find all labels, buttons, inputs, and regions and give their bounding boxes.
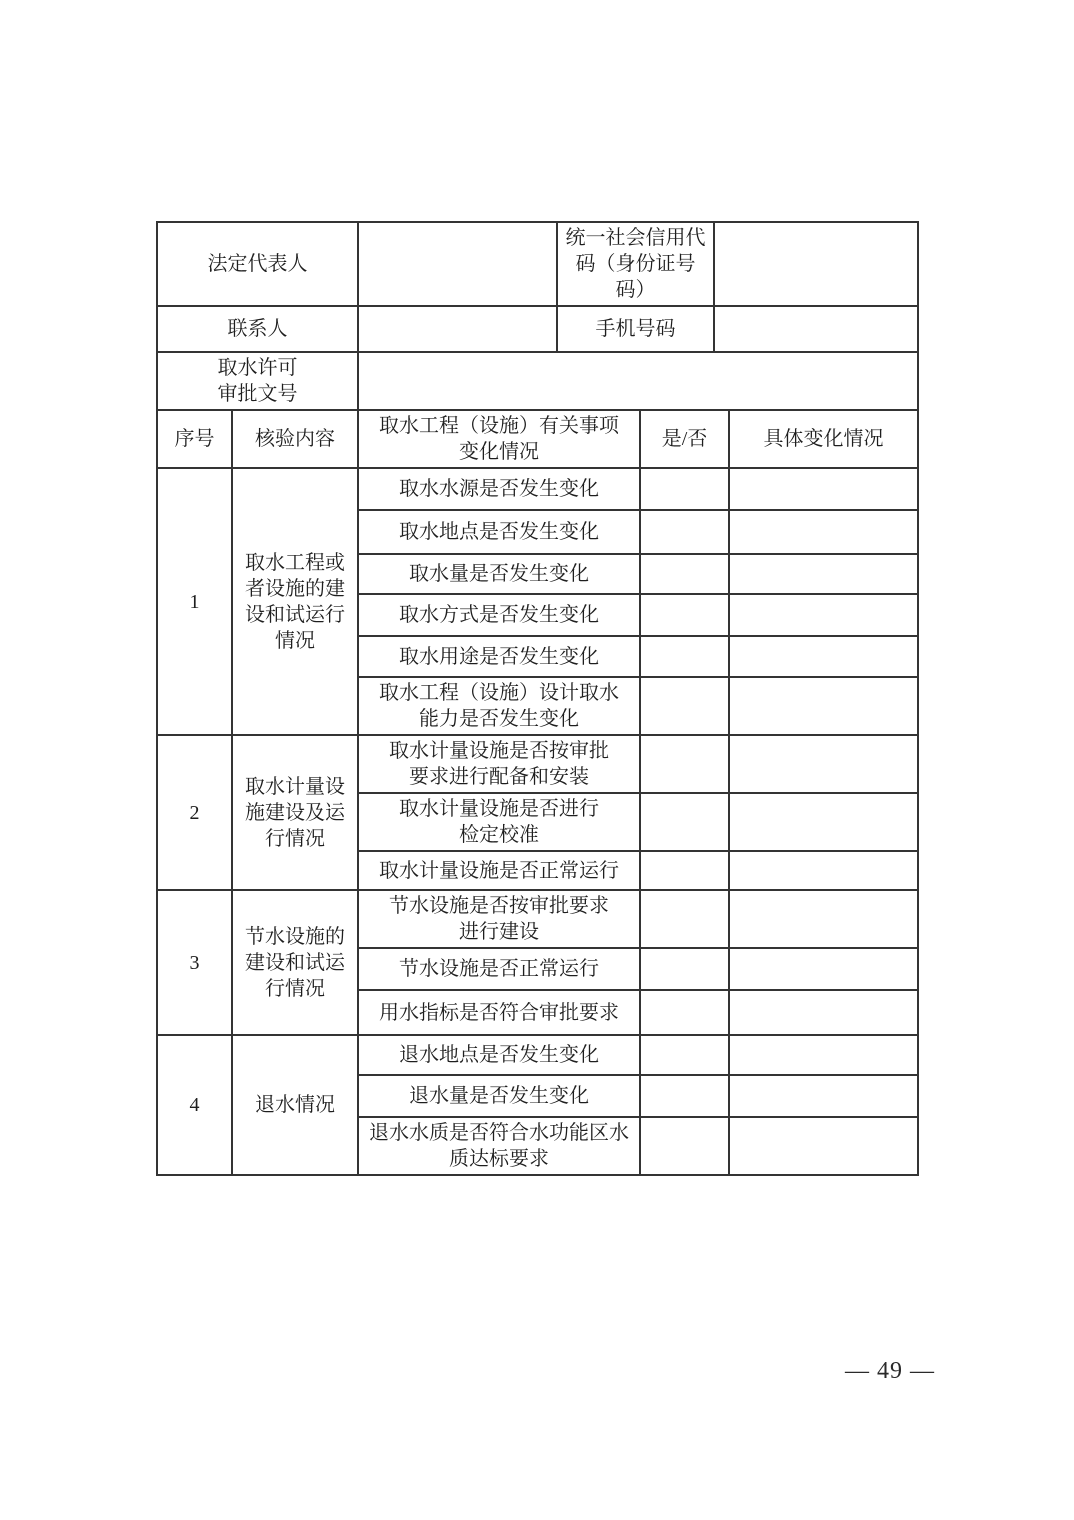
header-item: 取水工程（设施）有关事项 变化情况 [358, 410, 640, 468]
detail-cell [729, 510, 918, 554]
yesno-cell [640, 1035, 729, 1075]
detail-cell [729, 890, 918, 948]
detail-cell [729, 793, 918, 851]
section-3-no: 3 [157, 890, 232, 1035]
header-yesno: 是/否 [640, 410, 729, 468]
detail-cell [729, 677, 918, 735]
detail-cell [729, 1035, 918, 1075]
detail-cell [729, 948, 918, 990]
yesno-cell [640, 1075, 729, 1117]
item-label: 退水水质是否符合水功能区水 质达标要求 [358, 1117, 640, 1175]
yesno-cell [640, 735, 729, 793]
yesno-cell [640, 554, 729, 594]
item-label: 取水工程（设施）设计取水 能力是否发生变化 [358, 677, 640, 735]
item-label: 退水地点是否发生变化 [358, 1035, 640, 1075]
section-2-category: 取水计量设 施建设及运 行情况 [232, 735, 358, 890]
item-label: 用水指标是否符合审批要求 [358, 990, 640, 1035]
yesno-cell [640, 594, 729, 636]
section-1-no: 1 [157, 468, 232, 735]
contact-person-label: 联系人 [157, 306, 358, 352]
section-4-category: 退水情况 [232, 1035, 358, 1175]
section-2-no: 2 [157, 735, 232, 890]
yesno-cell [640, 990, 729, 1035]
detail-cell [729, 1117, 918, 1175]
phone-number-value-cell [714, 306, 918, 352]
item-label: 取水计量设施是否进行 检定校准 [358, 793, 640, 851]
contact-person-value-cell [358, 306, 557, 352]
item-label: 节水设施是否正常运行 [358, 948, 640, 990]
header-category: 核验内容 [232, 410, 358, 468]
yesno-cell [640, 636, 729, 677]
item-label: 取水计量设施是否正常运行 [358, 851, 640, 890]
item-label: 节水设施是否按审批要求 进行建设 [358, 890, 640, 948]
phone-number-label: 手机号码 [557, 306, 714, 352]
legal-representative-label: 法定代表人 [157, 222, 358, 306]
header-detail: 具体变化情况 [729, 410, 918, 468]
detail-cell [729, 468, 918, 510]
yesno-cell [640, 890, 729, 948]
legal-representative-value-cell [358, 222, 557, 306]
header-no: 序号 [157, 410, 232, 468]
section-1-category: 取水工程或 者设施的建 设和试运行 情况 [232, 468, 358, 735]
item-label: 取水计量设施是否按审批 要求进行配备和安装 [358, 735, 640, 793]
yesno-cell [640, 677, 729, 735]
detail-cell [729, 851, 918, 890]
detail-cell [729, 594, 918, 636]
credit-code-label: 统一社会信用代 码（身份证号码） [557, 222, 714, 306]
page-number: — 49 — [790, 1358, 990, 1385]
permit-approval-number-label: 取水许可 审批文号 [157, 352, 358, 410]
water-intake-verification-table: 法定代表人 统一社会信用代 码（身份证号码） 联系人 手机号码 取水许可 审批文… [156, 221, 919, 1176]
yesno-cell [640, 851, 729, 890]
detail-cell [729, 554, 918, 594]
item-label: 取水地点是否发生变化 [358, 510, 640, 554]
item-label: 退水量是否发生变化 [358, 1075, 640, 1117]
yesno-cell [640, 510, 729, 554]
detail-cell [729, 990, 918, 1035]
item-label: 取水方式是否发生变化 [358, 594, 640, 636]
yesno-cell [640, 793, 729, 851]
yesno-cell [640, 1117, 729, 1175]
detail-cell [729, 1075, 918, 1117]
detail-cell [729, 735, 918, 793]
item-label: 取水水源是否发生变化 [358, 468, 640, 510]
detail-cell [729, 636, 918, 677]
document-page: 法定代表人 统一社会信用代 码（身份证号码） 联系人 手机号码 取水许可 审批文… [0, 0, 1074, 1520]
yesno-cell [640, 948, 729, 990]
item-label: 取水量是否发生变化 [358, 554, 640, 594]
credit-code-value-cell [714, 222, 918, 306]
section-3-category: 节水设施的 建设和试运 行情况 [232, 890, 358, 1035]
yesno-cell [640, 468, 729, 510]
section-4-no: 4 [157, 1035, 232, 1175]
item-label: 取水用途是否发生变化 [358, 636, 640, 677]
permit-approval-number-value-cell [358, 352, 918, 410]
